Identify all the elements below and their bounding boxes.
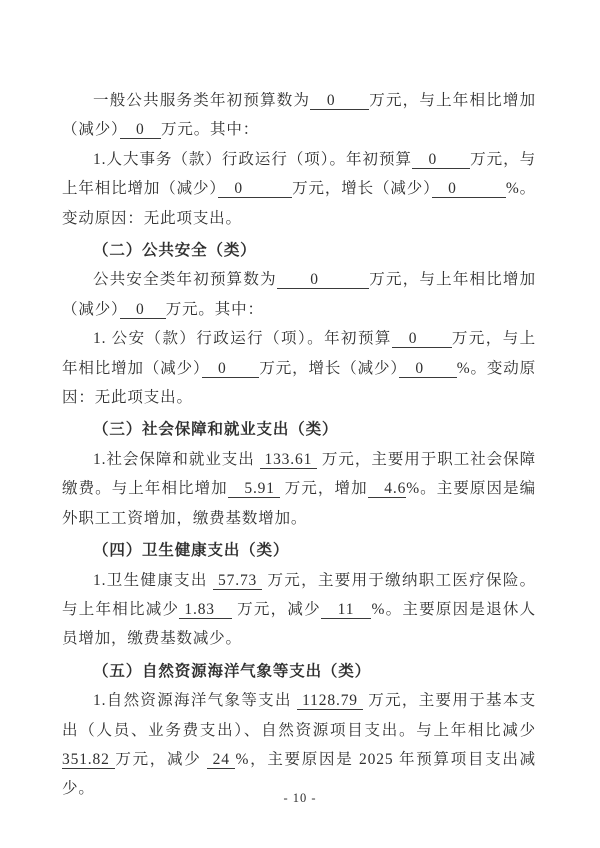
section-heading: （五）自然资源海洋气象等支出（类） (62, 657, 536, 686)
section-heading: （三）社会保障和就业支出（类） (62, 415, 536, 444)
blank-underlined-value: 0 (120, 121, 161, 139)
body-paragraph: 公共安全类年初预算数为 0 万元，与上年相比增加（减少） 0 万元。其中： (62, 265, 536, 324)
body-paragraph: 1.社会保障和就业支出 133.61 万元，主要用于职工社会保障缴费。与上年相比… (62, 445, 536, 533)
document-body: 一般公共服务类年初预算数为 0 万元，与上年相比增加（减少） 0 万元。其中：1… (62, 86, 536, 804)
text-segment: 万元，增加 (280, 480, 368, 497)
blank-underlined-value: 1128.79 (297, 692, 363, 710)
body-paragraph: 1.自然资源海洋气象等支出 1128.79 万元，主要用于基本支出（人员、业务费… (62, 686, 536, 804)
text-segment: （三）社会保障和就业支出（类） (93, 421, 338, 438)
text-segment: 万元，增长（减少） (259, 360, 399, 377)
text-segment: 1.人大事务（款）行政运行（项）。年初预算 (93, 151, 412, 168)
blank-underlined-value: 133.61 (260, 451, 317, 469)
blank-underlined-value: 57.73 (213, 572, 263, 590)
text-segment: 1.自然资源海洋气象等支出 (93, 692, 297, 709)
section-heading: （二）公共安全（类） (62, 236, 536, 265)
blank-underlined-value: 4.6 (368, 480, 407, 498)
blank-underlined-value: 0 (412, 151, 470, 169)
text-segment: 公共安全类年初预算数为 (93, 271, 277, 288)
text-segment: （五）自然资源海洋气象等支出（类） (93, 663, 371, 680)
blank-underlined-value: 24 (207, 751, 235, 769)
section-heading: （四）卫生健康支出（类） (62, 536, 536, 565)
blank-underlined-value: 351.82 (62, 751, 115, 769)
text-segment: 一般公共服务类年初预算数为 (93, 92, 310, 109)
blank-underlined-value: 0 (392, 330, 452, 348)
blank-underlined-value: 0 (399, 360, 457, 378)
text-segment: 万元，减少 (115, 751, 207, 768)
text-segment: 万元，减少 (232, 601, 321, 618)
document-page: 一般公共服务类年初预算数为 0 万元，与上年相比增加（减少） 0 万元。其中：1… (0, 0, 600, 848)
body-paragraph: 一般公共服务类年初预算数为 0 万元，与上年相比增加（减少） 0 万元。其中： (62, 86, 536, 145)
body-paragraph: 1. 公安（款）行政运行（项）。年初预算 0 万元，与上年相比增加（减少） 0 … (62, 324, 536, 412)
text-segment: （二）公共安全（类） (93, 242, 257, 259)
text-segment: 1.卫生健康支出 (93, 572, 213, 589)
text-segment: （四）卫生健康支出（类） (93, 542, 289, 559)
text-segment: 万元。其中： (166, 301, 264, 318)
blank-underlined-value: 0 (310, 92, 369, 110)
blank-underlined-value: 0 (202, 360, 260, 378)
page-number: - 10 - (0, 791, 600, 806)
blank-underlined-value: 1.83 (179, 601, 232, 619)
text-segment: 万元，增长（减少） (292, 180, 432, 197)
text-segment: 1. 公安（款）行政运行（项）。年初预算 (93, 330, 392, 347)
blank-underlined-value: 0 (218, 180, 292, 198)
blank-underlined-value: 11 (321, 601, 372, 619)
body-paragraph: 1.卫生健康支出 57.73 万元，主要用于缴纳职工医疗保险。与上年相比减少 1… (62, 566, 536, 654)
blank-underlined-value: 5.91 (228, 480, 280, 498)
blank-underlined-value: 0 (277, 271, 370, 289)
text-segment: 1.社会保障和就业支出 (93, 451, 260, 468)
blank-underlined-value: 0 (120, 301, 166, 319)
text-segment: 万元。其中： (161, 121, 259, 138)
body-paragraph: 1.人大事务（款）行政运行（项）。年初预算 0 万元，与上年相比增加（减少） 0… (62, 145, 536, 233)
blank-underlined-value: 0 (432, 180, 506, 198)
